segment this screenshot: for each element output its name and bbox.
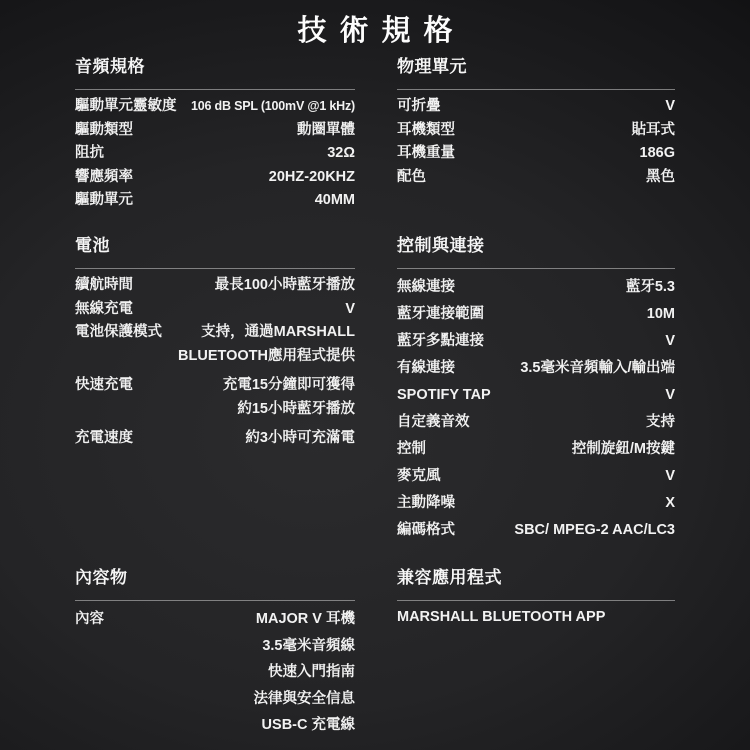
spec-row-color: 配色 黑色 [397, 166, 675, 190]
spec-row-spotify-tap: SPOTIFY TAP V [397, 382, 675, 409]
spec-row-controls: 控制 控制旋鈕/M按鍵 [397, 436, 675, 463]
spec-row-anc: 主動降噪 X [397, 490, 675, 517]
spec-label: 無線充電 [75, 298, 133, 322]
spec-row-playtime: 續航時間 最長100小時藍牙播放 [75, 274, 355, 298]
spec-row-wireless: 無線連接 藍牙5.3 [397, 274, 675, 301]
spec-label: 自定義音效 [397, 409, 470, 436]
spec-label: 驅動單元 [75, 189, 133, 213]
spec-label: 快速充電 [75, 374, 133, 398]
page-title: 技術規格 [0, 8, 750, 49]
spec-label: 驅動單元靈敏度 [75, 95, 177, 119]
section-title-audio: 音頻規格 [75, 57, 355, 90]
spec-label: 阻抗 [75, 142, 104, 166]
spec-label: 控制 [397, 436, 426, 463]
spec-row-bt-range: 藍牙連接範圍 10M [397, 301, 675, 328]
spec-row-weight: 耳機重量 186G [397, 142, 675, 166]
section-battery: 電池 續航時間 最長100小時藍牙播放 無線充電 V 電池保護模式 支持，通過M… [75, 236, 355, 451]
spec-label: 耳機類型 [397, 119, 455, 143]
spec-row-impedance: 阻抗 32Ω [75, 142, 355, 166]
spec-row-wireless-charging: 無線充電 V [75, 298, 355, 322]
spec-row-contents: 內容 MAJOR V 耳機 3.5毫米音頻線 快速入門指南 法律與安全信息 US… [75, 606, 355, 739]
section-title-control: 控制與連接 [397, 236, 675, 269]
spec-label: 麥克風 [397, 463, 441, 490]
spec-label: 有線連接 [397, 355, 455, 382]
section-title-physical: 物理單元 [397, 57, 675, 90]
spec-row-driver-type: 驅動類型 動圈單體 [75, 119, 355, 143]
contents-item: 法律與安全信息 [75, 686, 355, 713]
contents-item: 3.5毫米音頻線 [75, 633, 355, 660]
spec-row-sensitivity: 驅動單元靈敏度 106 dB SPL (100mV @1 kHz) [75, 95, 355, 119]
spec-label: 電池保護模式 [75, 321, 162, 345]
section-title-apps: 兼容應用程式 [397, 568, 675, 601]
section-audio-specs: 音頻規格 驅動單元靈敏度 106 dB SPL (100mV @1 kHz) 驅… [75, 57, 355, 213]
spec-value: 32Ω [75, 142, 355, 166]
spec-row-frequency: 響應頻率 20HZ-20KHZ [75, 166, 355, 190]
spec-label: 續航時間 [75, 274, 133, 298]
contents-item: USB-C 充電線 [75, 712, 355, 739]
spec-label: 響應頻率 [75, 166, 133, 190]
section-title-contents: 內容物 [75, 568, 355, 601]
spec-row-quick-charge: 快速充電 充電15分鐘即可獲得 約15小時藍牙播放 [75, 374, 355, 421]
contents-item: MAJOR V 耳機 [75, 606, 355, 633]
spec-row-headphone-type: 耳機類型 貼耳式 [397, 119, 675, 143]
spec-label: 配色 [397, 166, 426, 190]
spec-row-multipoint: 藍牙多點連接 V [397, 328, 675, 355]
spec-row-battery-protection: 電池保護模式 支持，通過MARSHALL BLUETOOTH應用程式提供 [75, 321, 355, 368]
spec-label: 藍牙多點連接 [397, 328, 484, 355]
spec-value: 控制旋鈕/M按鍵 [397, 436, 675, 463]
spec-row-custom-eq: 自定義音效 支持 [397, 409, 675, 436]
section-title-battery: 電池 [75, 236, 355, 269]
spec-label: 耳機重量 [397, 142, 455, 166]
spec-label: SPOTIFY TAP [397, 382, 491, 409]
spec-row-microphone: 麥克風 V [397, 463, 675, 490]
section-control-connectivity: 控制與連接 無線連接 藍牙5.3 藍牙連接範圍 10M 藍牙多點連接 V 有線連… [397, 236, 675, 544]
contents-list: MAJOR V 耳機 3.5毫米音頻線 快速入門指南 法律與安全信息 USB-C… [75, 606, 355, 739]
spec-value: 黑色 [397, 166, 675, 190]
spec-row-charge-time: 充電速度 約3小時可充滿電 [75, 427, 355, 451]
section-physical: 物理單元 可折疊 V 耳機類型 貼耳式 耳機重量 186G 配色 黑色 [397, 57, 675, 189]
spec-label: 藍牙連接範圍 [397, 301, 484, 328]
spec-row-driver-size: 驅動單元 40MM [75, 189, 355, 213]
contents-item: 快速入門指南 [75, 659, 355, 686]
spec-label: 主動降噪 [397, 490, 455, 517]
spec-value-line: 約15小時藍牙播放 [75, 398, 355, 422]
spec-row-foldable: 可折疊 V [397, 95, 675, 119]
spec-value-line: BLUETOOTH應用程式提供 [75, 345, 355, 369]
spec-row-codec: 編碼格式 SBC/ MPEG-2 AAC/LC3 [397, 517, 675, 544]
spec-label: 可折疊 [397, 95, 441, 119]
section-box-contents: 內容物 內容 MAJOR V 耳機 3.5毫米音頻線 快速入門指南 法律與安全信… [75, 568, 355, 739]
spec-row-wired: 有線連接 3.5毫米音頻輸入/輸出端 [397, 355, 675, 382]
spec-label: 無線連接 [397, 274, 455, 301]
spec-label: 內容 [75, 606, 104, 633]
compatible-app-value: MARSHALL BLUETOOTH APP [397, 606, 675, 628]
spec-label: 編碼格式 [397, 517, 455, 544]
spec-label: 驅動類型 [75, 119, 133, 143]
spec-label: 充電速度 [75, 427, 133, 451]
section-compatible-apps: 兼容應用程式 MARSHALL BLUETOOTH APP [397, 568, 675, 628]
